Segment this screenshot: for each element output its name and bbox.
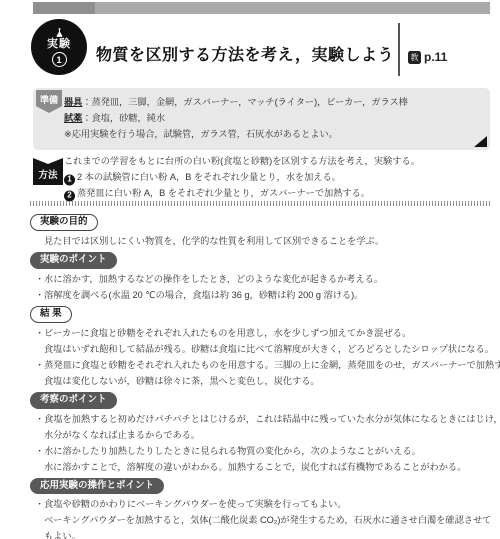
- top-accent-bar: [33, 2, 490, 14]
- method-step: 12 本の試験管に白い粉 A，B をそれぞれ少量とり，水を加える。: [64, 169, 493, 185]
- badge-number: 1: [52, 52, 67, 67]
- preparation-tag: 準備: [36, 90, 62, 113]
- preparation-lines: 器具：蒸発皿，三脚，金網，ガスバーナー，マッチ(ライター)，ビーカー，ガラス棒試…: [64, 94, 408, 142]
- section-line: もよい。: [30, 528, 495, 539]
- badge-label: 実験: [47, 38, 71, 50]
- section-line: 見た目では区別しにくい物質を，化学的な性質を利用して区別できることを学ぶ。: [30, 233, 495, 249]
- method-step: 2蒸発皿に白い粉 A，B をそれぞれ少量とり，ガスバーナーで加熱する。: [64, 185, 493, 201]
- section-line: ・ビーカーに食塩と砂糖をそれぞれ入れたものを用意し，水を少しずつ加えてかき混ぜる…: [30, 325, 495, 341]
- method-tag: 方法: [33, 158, 63, 185]
- section-heading-pill: 結 果: [30, 306, 72, 323]
- title-divider: [398, 23, 400, 76]
- page-title: 物質を区別する方法を考え，実験しよう: [96, 42, 394, 65]
- dotted-separator: [30, 201, 490, 206]
- preparation-line: 器具：蒸発皿，三脚，金網，ガスバーナー，マッチ(ライター)，ビーカー，ガラス棒: [64, 94, 408, 110]
- section-block: 応用実験の操作とポイント・食塩や砂糖のかわりにベーキングパウダーを使って実験を行…: [30, 475, 495, 539]
- preparation-line-text: ：蒸発皿，三脚，金網，ガスバーナー，マッチ(ライター)，ビーカー，ガラス棒: [82, 97, 407, 107]
- experiment-badge: 実験 1: [31, 19, 87, 75]
- step-number-icon: 2: [64, 190, 75, 201]
- section-heading-pill: 実験の目的: [30, 214, 98, 231]
- section-line: ・食塩や砂糖のかわりにベーキングパウダーを使って実験を行ってもよい。: [30, 496, 495, 512]
- section-line: ・溶解度を調べる(水温 20 ℃の場合，食塩は約 36 g，砂糖は約 200 g…: [30, 287, 495, 303]
- step-number-icon: 1: [64, 174, 75, 185]
- textbook-icon: 教: [408, 51, 421, 64]
- textbook-page-number: p.11: [424, 50, 447, 64]
- sections-content: 実験の目的見た目では区別しにくい物質を，化学的な性質を利用して区別できることを学…: [30, 211, 495, 539]
- section-line: 水分がなくなれば止まるからである。: [30, 427, 495, 443]
- textbook-page-ref: 教 p.11: [408, 50, 447, 64]
- section-line: ・蒸発皿に食塩と砂糖をそれぞれ入れたものを用意する。三脚の上に金網，蒸発皿をのせ…: [30, 357, 495, 373]
- section-block: 考察のポイント・食塩を加熱すると初めだけパチパチとはじけるが，これは結晶中に残っ…: [30, 389, 495, 475]
- section-line: ・水に溶かしたり加熱したりしたときに見られる物質の変化から，次のようなことがいえ…: [30, 443, 495, 459]
- section-block: 実験のポイント・水に溶かす，加熱するなどの操作をしたとき，どのような変化が起きる…: [30, 249, 495, 303]
- preparation-box: 準備 器具：蒸発皿，三脚，金網，ガスバーナー，マッチ(ライター)，ビーカー，ガラ…: [33, 88, 490, 150]
- flask-icon: [54, 27, 65, 38]
- section-line: 食塩は変化しないが，砂糖は徐々に茶，黒へと変色し，炭化する。: [30, 373, 495, 389]
- section-block: 結 果・ビーカーに食塩と砂糖をそれぞれ入れたものを用意し，水を少しずつ加えてかき…: [30, 303, 495, 389]
- section-heading-pill: 応用実験の操作とポイント: [30, 478, 164, 495]
- method-step-text: 2 本の試験管に白い粉 A，B をそれぞれ少量とり，水を加える。: [77, 169, 341, 185]
- section-line: 食塩はいずれ飽和して結晶が残る。砂糖は食塩に比べて溶解度が大きく，どろどろとした…: [30, 341, 495, 357]
- section-heading-pill: 考察のポイント: [30, 392, 117, 409]
- section-line: ・水に溶かす，加熱するなどの操作をしたとき，どのような変化が起きるか考える。: [30, 271, 495, 287]
- preparation-line-text: ：食塩，砂糖，純水: [82, 113, 165, 123]
- method-intro: これまでの学習をもとに台所の白い粉(食塩と砂糖)を区別する方法を考え，実験する。: [64, 153, 493, 169]
- preparation-line-label: 器具: [64, 97, 82, 107]
- teacher-guide-page: 実験 1 物質を区別する方法を考え，実験しよう 教 p.11 準備 器具：蒸発皿…: [0, 0, 500, 539]
- preparation-line-text: ※応用実験を行う場合，試験管，ガラス管，石灰水があるとよい。: [64, 129, 338, 139]
- preparation-line: ※応用実験を行う場合，試験管，ガラス管，石灰水があるとよい。: [64, 126, 408, 142]
- method-steps: 12 本の試験管に白い粉 A，B をそれぞれ少量とり，水を加える。2蒸発皿に白い…: [64, 169, 493, 201]
- preparation-line-label: 試薬: [64, 113, 82, 123]
- section-line: ・食塩を加熱すると初めだけパチパチとはじけるが，これは結晶中に残っていた水分が気…: [30, 411, 495, 427]
- method-lines: これまでの学習をもとに台所の白い粉(食塩と砂糖)を区別する方法を考え，実験する。…: [64, 153, 493, 201]
- section-heading-pill: 実験のポイント: [30, 252, 117, 269]
- method-block: 方法 これまでの学習をもとに台所の白い粉(食塩と砂糖)を区別する方法を考え，実験…: [33, 153, 493, 201]
- method-step-text: 蒸発皿に白い粉 A，B をそれぞれ少量とり，ガスバーナーで加熱する。: [77, 185, 370, 201]
- corner-triangle-icon: [474, 136, 487, 147]
- section-block: 実験の目的見た目では区別しにくい物質を，化学的な性質を利用して区別できることを学…: [30, 211, 495, 249]
- section-line: 水に溶かすことで，溶解度の違いがわかる。加熱することで，炭化すれば有機物であるこ…: [30, 459, 495, 475]
- preparation-line: 試薬：食塩，砂糖，純水: [64, 110, 408, 126]
- section-line: ベーキングパウダーを加熱すると，気体(二酸化炭素 CO₂)が発生するため，石灰水…: [30, 512, 495, 528]
